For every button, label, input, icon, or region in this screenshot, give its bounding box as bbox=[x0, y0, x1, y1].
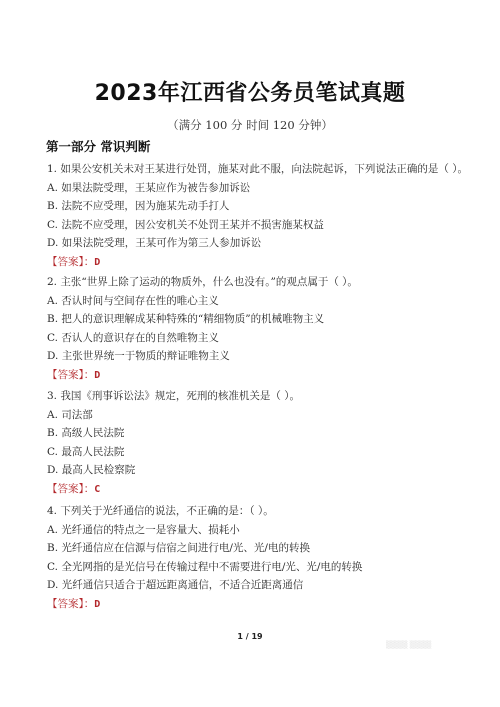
option-c: C. 法院不应受理，因公安机关不处罚王某并不损害施某权益 bbox=[47, 216, 487, 235]
answer-label: 【答案】： bbox=[47, 369, 94, 381]
watermark: ▒▒▒▒ ▒▒▒▒ bbox=[386, 641, 431, 649]
option-d: D. 如果法院受理，王某可作为第三人参加诉讼 bbox=[47, 234, 487, 253]
option-b: B. 高级人民法院 bbox=[47, 424, 487, 443]
answer: 【答案】：D bbox=[47, 366, 487, 384]
answer-value: D bbox=[94, 370, 100, 381]
page-number: 1 / 19 bbox=[0, 632, 500, 641]
question-stem: 3. 我国《刑事诉讼法》规定，死刑的核准机关是（ ）。 bbox=[47, 387, 487, 406]
question-stem: 1. 如果公安机关未对王某进行处罚，施某对此不服，向法院起诉，下列说法正确的是（… bbox=[47, 160, 487, 179]
answer: 【答案】：D bbox=[47, 253, 487, 271]
option-a: A. 否认时间与空间存在性的唯心主义 bbox=[47, 292, 487, 311]
option-a: A. 司法部 bbox=[47, 406, 487, 425]
answer-label: 【答案】： bbox=[47, 598, 94, 610]
option-a: A. 如果法院受理，王某应作为被告参加诉讼 bbox=[47, 179, 487, 198]
option-c: C. 否认人的意识存在的自然唯物主义 bbox=[47, 329, 487, 348]
answer-value: D bbox=[94, 599, 100, 610]
option-b: B. 把人的意识理解成某种特殊的“精细物质”的机械唯物主义 bbox=[47, 310, 487, 329]
option-c: C. 最高人民法院 bbox=[47, 443, 487, 462]
question-4: 4. 下列关于光纤通信的说法，不正确的是：（ ）。 A. 光纤通信的特点之一是容… bbox=[47, 502, 487, 613]
question-1: 1. 如果公安机关未对王某进行处罚，施某对此不服，向法院起诉，下列说法正确的是（… bbox=[47, 160, 487, 271]
question-stem: 4. 下列关于光纤通信的说法，不正确的是：（ ）。 bbox=[47, 502, 487, 521]
option-a: A. 光纤通信的特点之一是容量大、损耗小 bbox=[47, 521, 487, 540]
question-stem: 2. 主张“世界上除了运动的物质外，什么也没有。”的观点属于（ ）。 bbox=[47, 273, 487, 292]
document-page: 2023年江西省公务员笔试真题 （满分 100 分 时间 120 分钟） 第一部… bbox=[0, 0, 500, 707]
exam-info: （满分 100 分 时间 120 分钟） bbox=[0, 117, 500, 133]
option-d: D. 主张世界统一于物质的辩证唯物主义 bbox=[47, 347, 487, 366]
option-b: B. 光纤通信应在信源与信宿之间进行电/光、光/电的转换 bbox=[47, 539, 487, 558]
section-heading: 第一部分 常识判断 bbox=[46, 137, 150, 155]
answer-value: D bbox=[94, 257, 100, 268]
option-d: D. 光纤通信只适合于超远距离通信，不适合近距离通信 bbox=[47, 576, 487, 595]
question-2: 2. 主张“世界上除了运动的物质外，什么也没有。”的观点属于（ ）。 A. 否认… bbox=[47, 273, 487, 384]
question-3: 3. 我国《刑事诉讼法》规定，死刑的核准机关是（ ）。 A. 司法部 B. 高级… bbox=[47, 387, 487, 498]
answer-label: 【答案】： bbox=[47, 483, 94, 495]
page-title: 2023年江西省公务员笔试真题 bbox=[0, 76, 500, 107]
answer: 【答案】：C bbox=[47, 480, 487, 498]
option-b: B. 法院不应受理，因为施某先动手打人 bbox=[47, 197, 487, 216]
answer-value: C bbox=[94, 484, 100, 495]
answer-label: 【答案】： bbox=[47, 256, 94, 268]
option-d: D. 最高人民检察院 bbox=[47, 461, 487, 480]
option-c: C. 全光网指的是光信号在传输过程中不需要进行电/光、光/电的转换 bbox=[47, 558, 487, 577]
answer: 【答案】：D bbox=[47, 595, 487, 613]
